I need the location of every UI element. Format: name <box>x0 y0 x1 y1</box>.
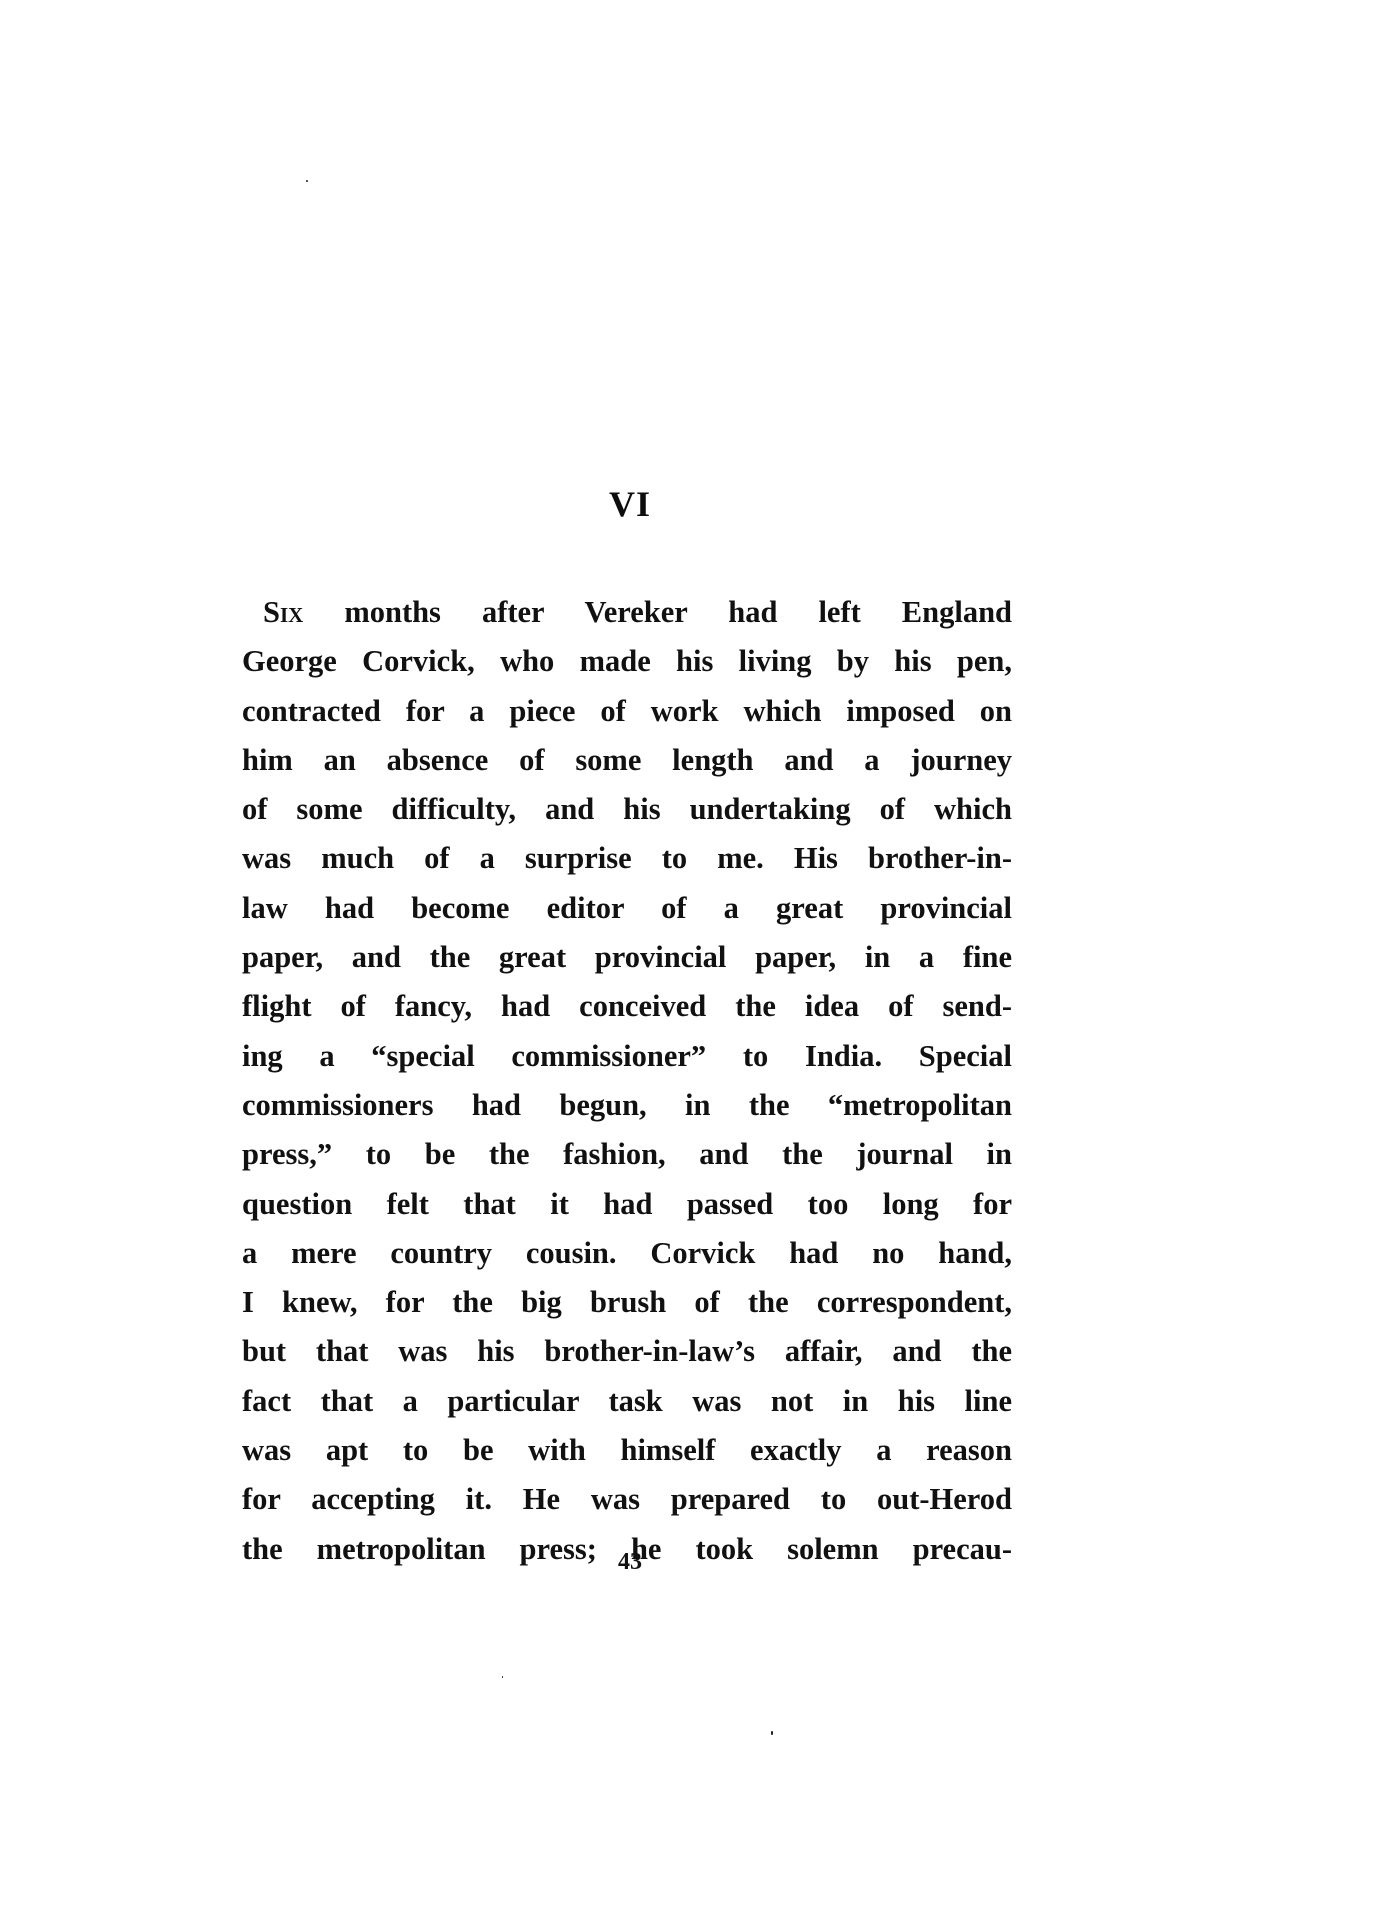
text-line: law had become editor of a great provinc… <box>242 884 1012 933</box>
text-line: was apt to be with himself exactly a rea… <box>242 1426 1012 1475</box>
scan-speck <box>306 180 308 182</box>
text-line: fact that a particular task was not in h… <box>242 1377 1012 1426</box>
text-line: for accepting it. He was prepared to out… <box>242 1475 1012 1524</box>
text-line: I knew, for the big brush of the corresp… <box>242 1278 1012 1327</box>
text-line: question felt that it had passed too lon… <box>242 1180 1012 1229</box>
chapter-heading: VI <box>0 486 1260 522</box>
book-page: VI Six months after Vereker had left Eng… <box>0 0 1373 1923</box>
text-line: of some difficulty, and his undertaking … <box>242 785 1012 834</box>
text-line: but that was his brother-in-law’s affair… <box>242 1327 1012 1376</box>
scan-speck <box>502 1676 503 1678</box>
text-line: a mere country cousin. Corvick had no ha… <box>242 1229 1012 1278</box>
text-line: was much of a surprise to me. His brothe… <box>242 834 1012 883</box>
text-line: him an absence of some length and a jour… <box>242 736 1012 785</box>
text-line: contracted for a piece of work which imp… <box>242 687 1012 736</box>
text-line: commissioners had begun, in the “metropo… <box>242 1081 1012 1130</box>
text-line: George Corvick, who made his living by h… <box>242 637 1012 686</box>
text-line: ing a “special commissioner” to India. S… <box>242 1032 1012 1081</box>
text-line: press,” to be the fashion, and the journ… <box>242 1130 1012 1179</box>
page-number: 43 <box>0 1550 1260 1574</box>
body-paragraph: Six months after Vereker had left Englan… <box>242 588 1012 1574</box>
text-line: Six months after Vereker had left Englan… <box>242 588 1012 637</box>
scan-speck <box>771 1731 773 1735</box>
opening-word: Six <box>263 595 303 629</box>
text-line: flight of fancy, had conceived the idea … <box>242 982 1012 1031</box>
text-line: paper, and the great provincial paper, i… <box>242 933 1012 982</box>
